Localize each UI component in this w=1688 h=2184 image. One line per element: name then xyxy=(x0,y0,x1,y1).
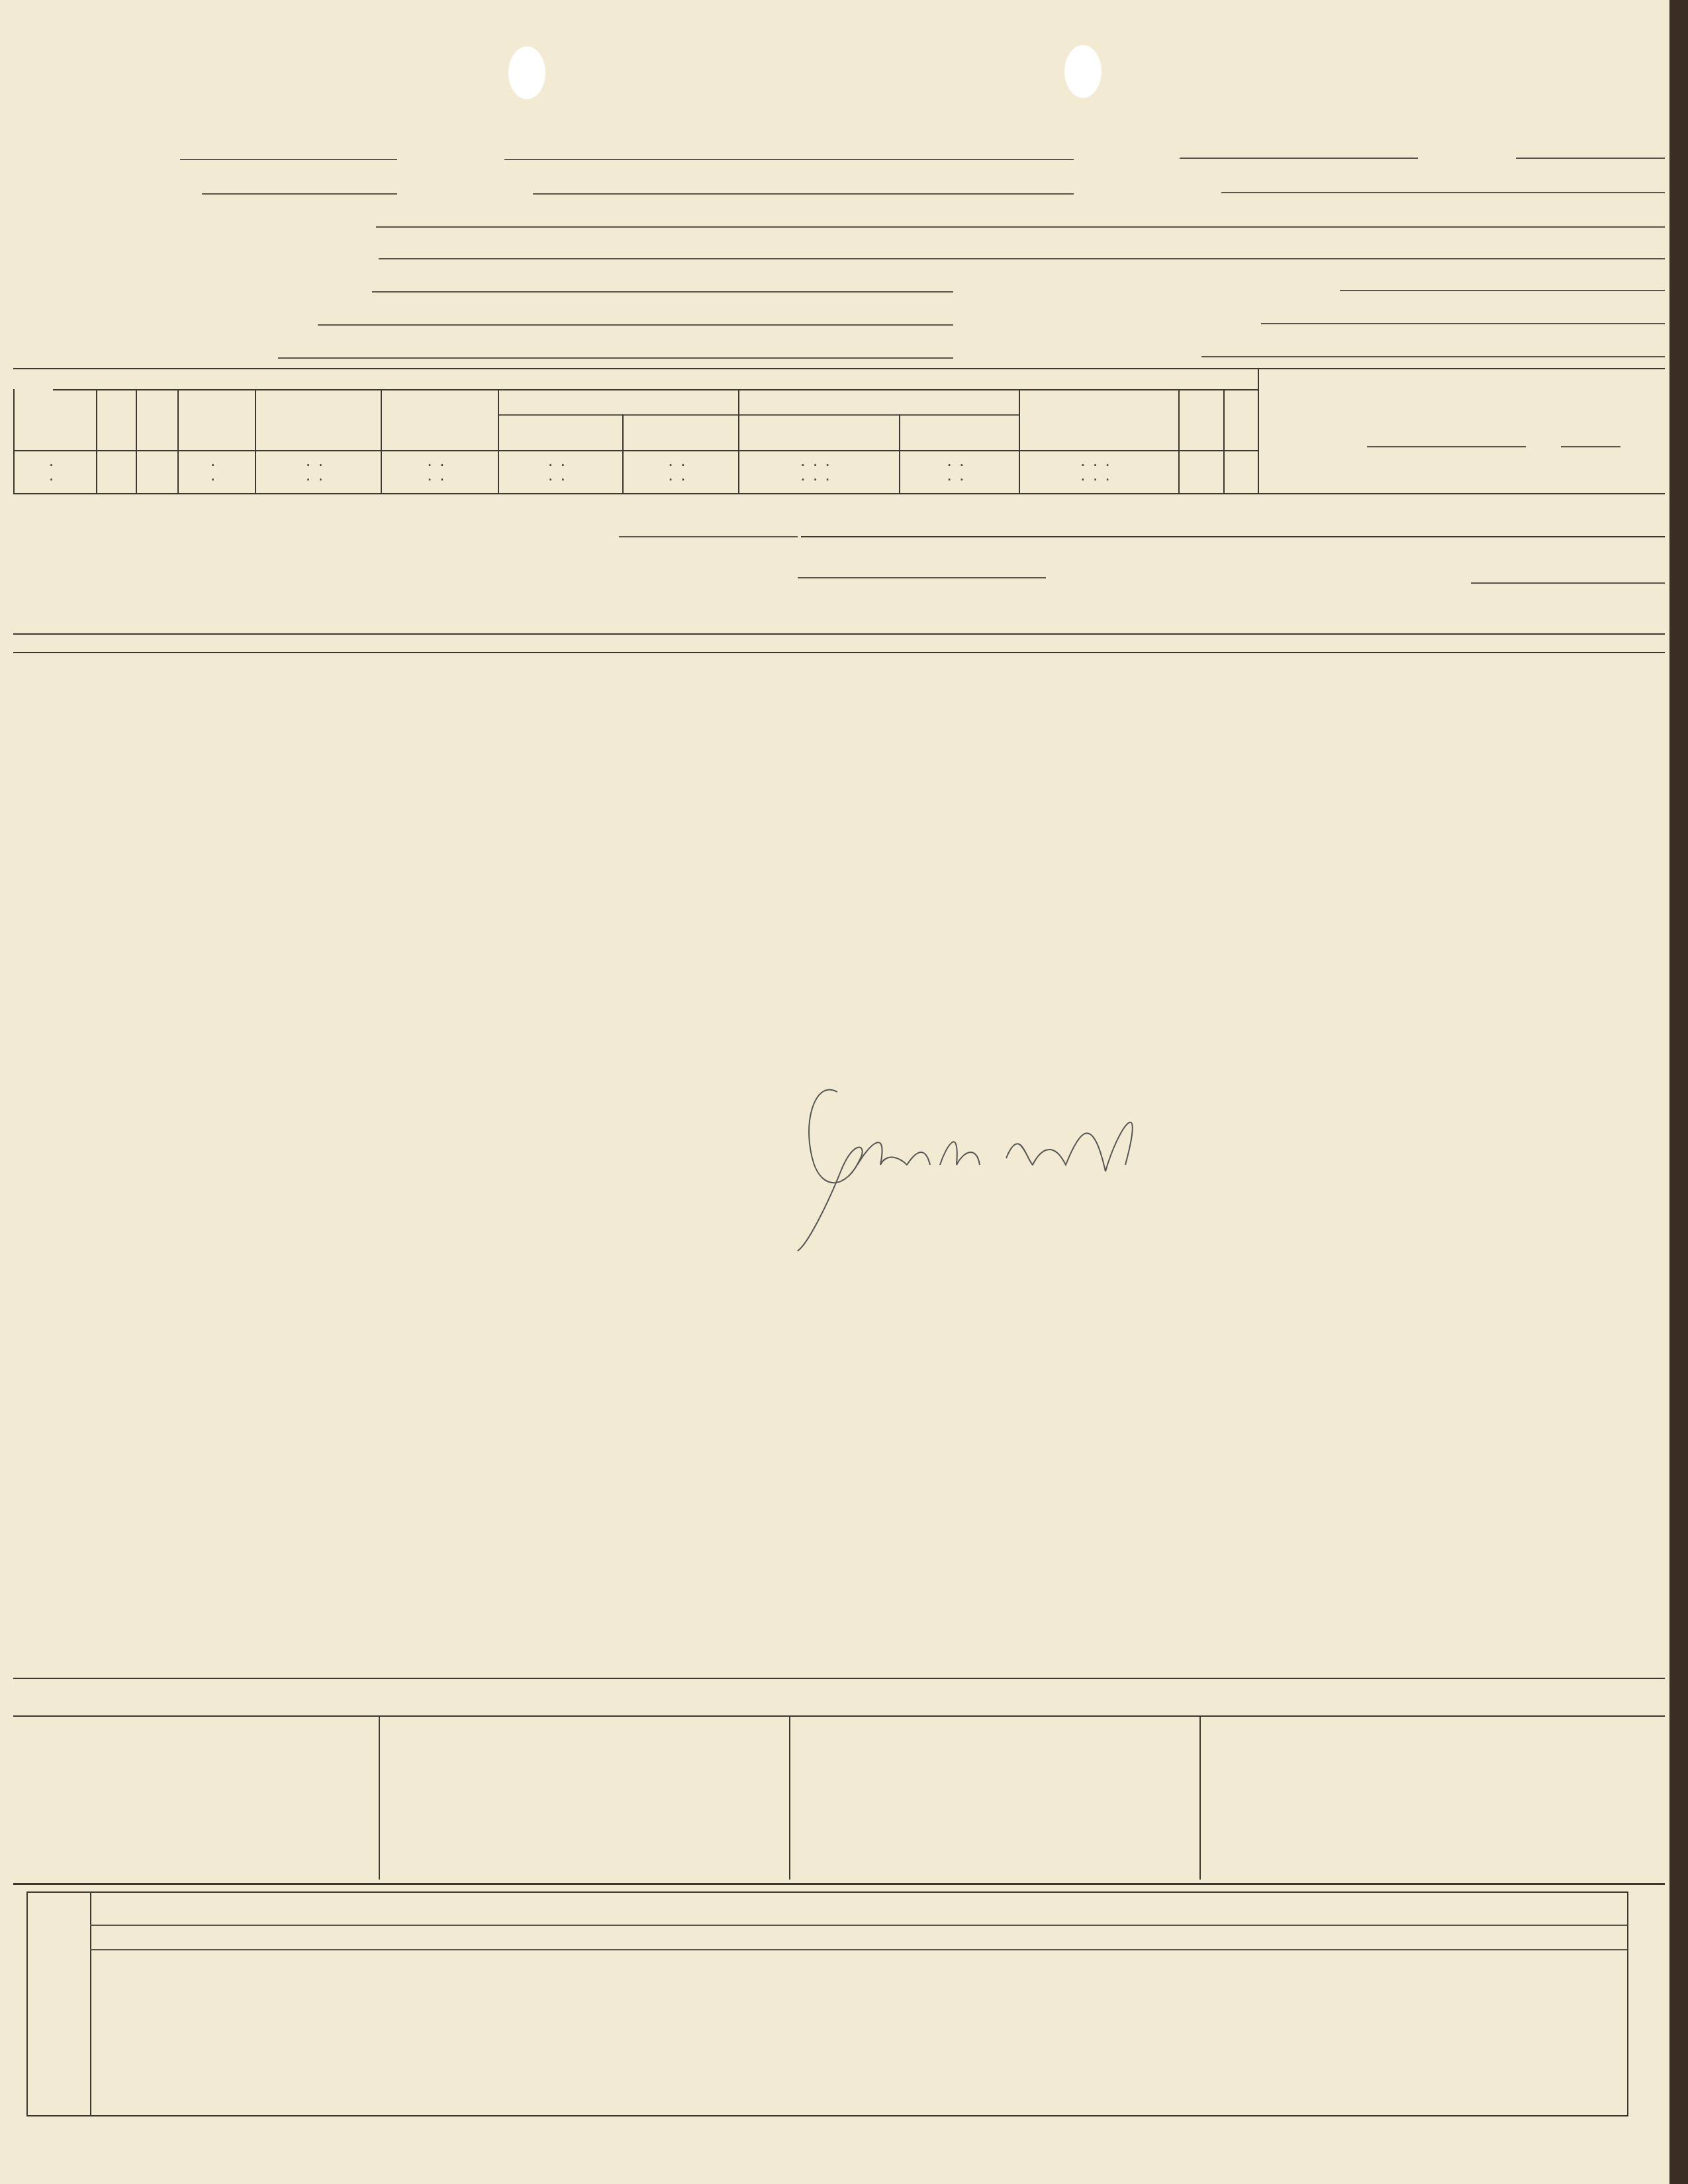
hdr-rank xyxy=(105,394,127,447)
hdr-day xyxy=(36,543,57,582)
punch-hole-right xyxy=(1064,45,1102,98)
cards-do-not-write xyxy=(34,1946,74,2098)
page-edge xyxy=(1669,0,1688,2184)
signature-icon xyxy=(788,1072,1225,1257)
punch-hole-left xyxy=(508,46,545,99)
hdr-landings xyxy=(248,503,270,629)
hdr-rtg xyxy=(146,394,168,447)
flight-record-form: ·· ·· ···· ···· ···· ···· ······ ···· ··… xyxy=(0,0,1669,2184)
